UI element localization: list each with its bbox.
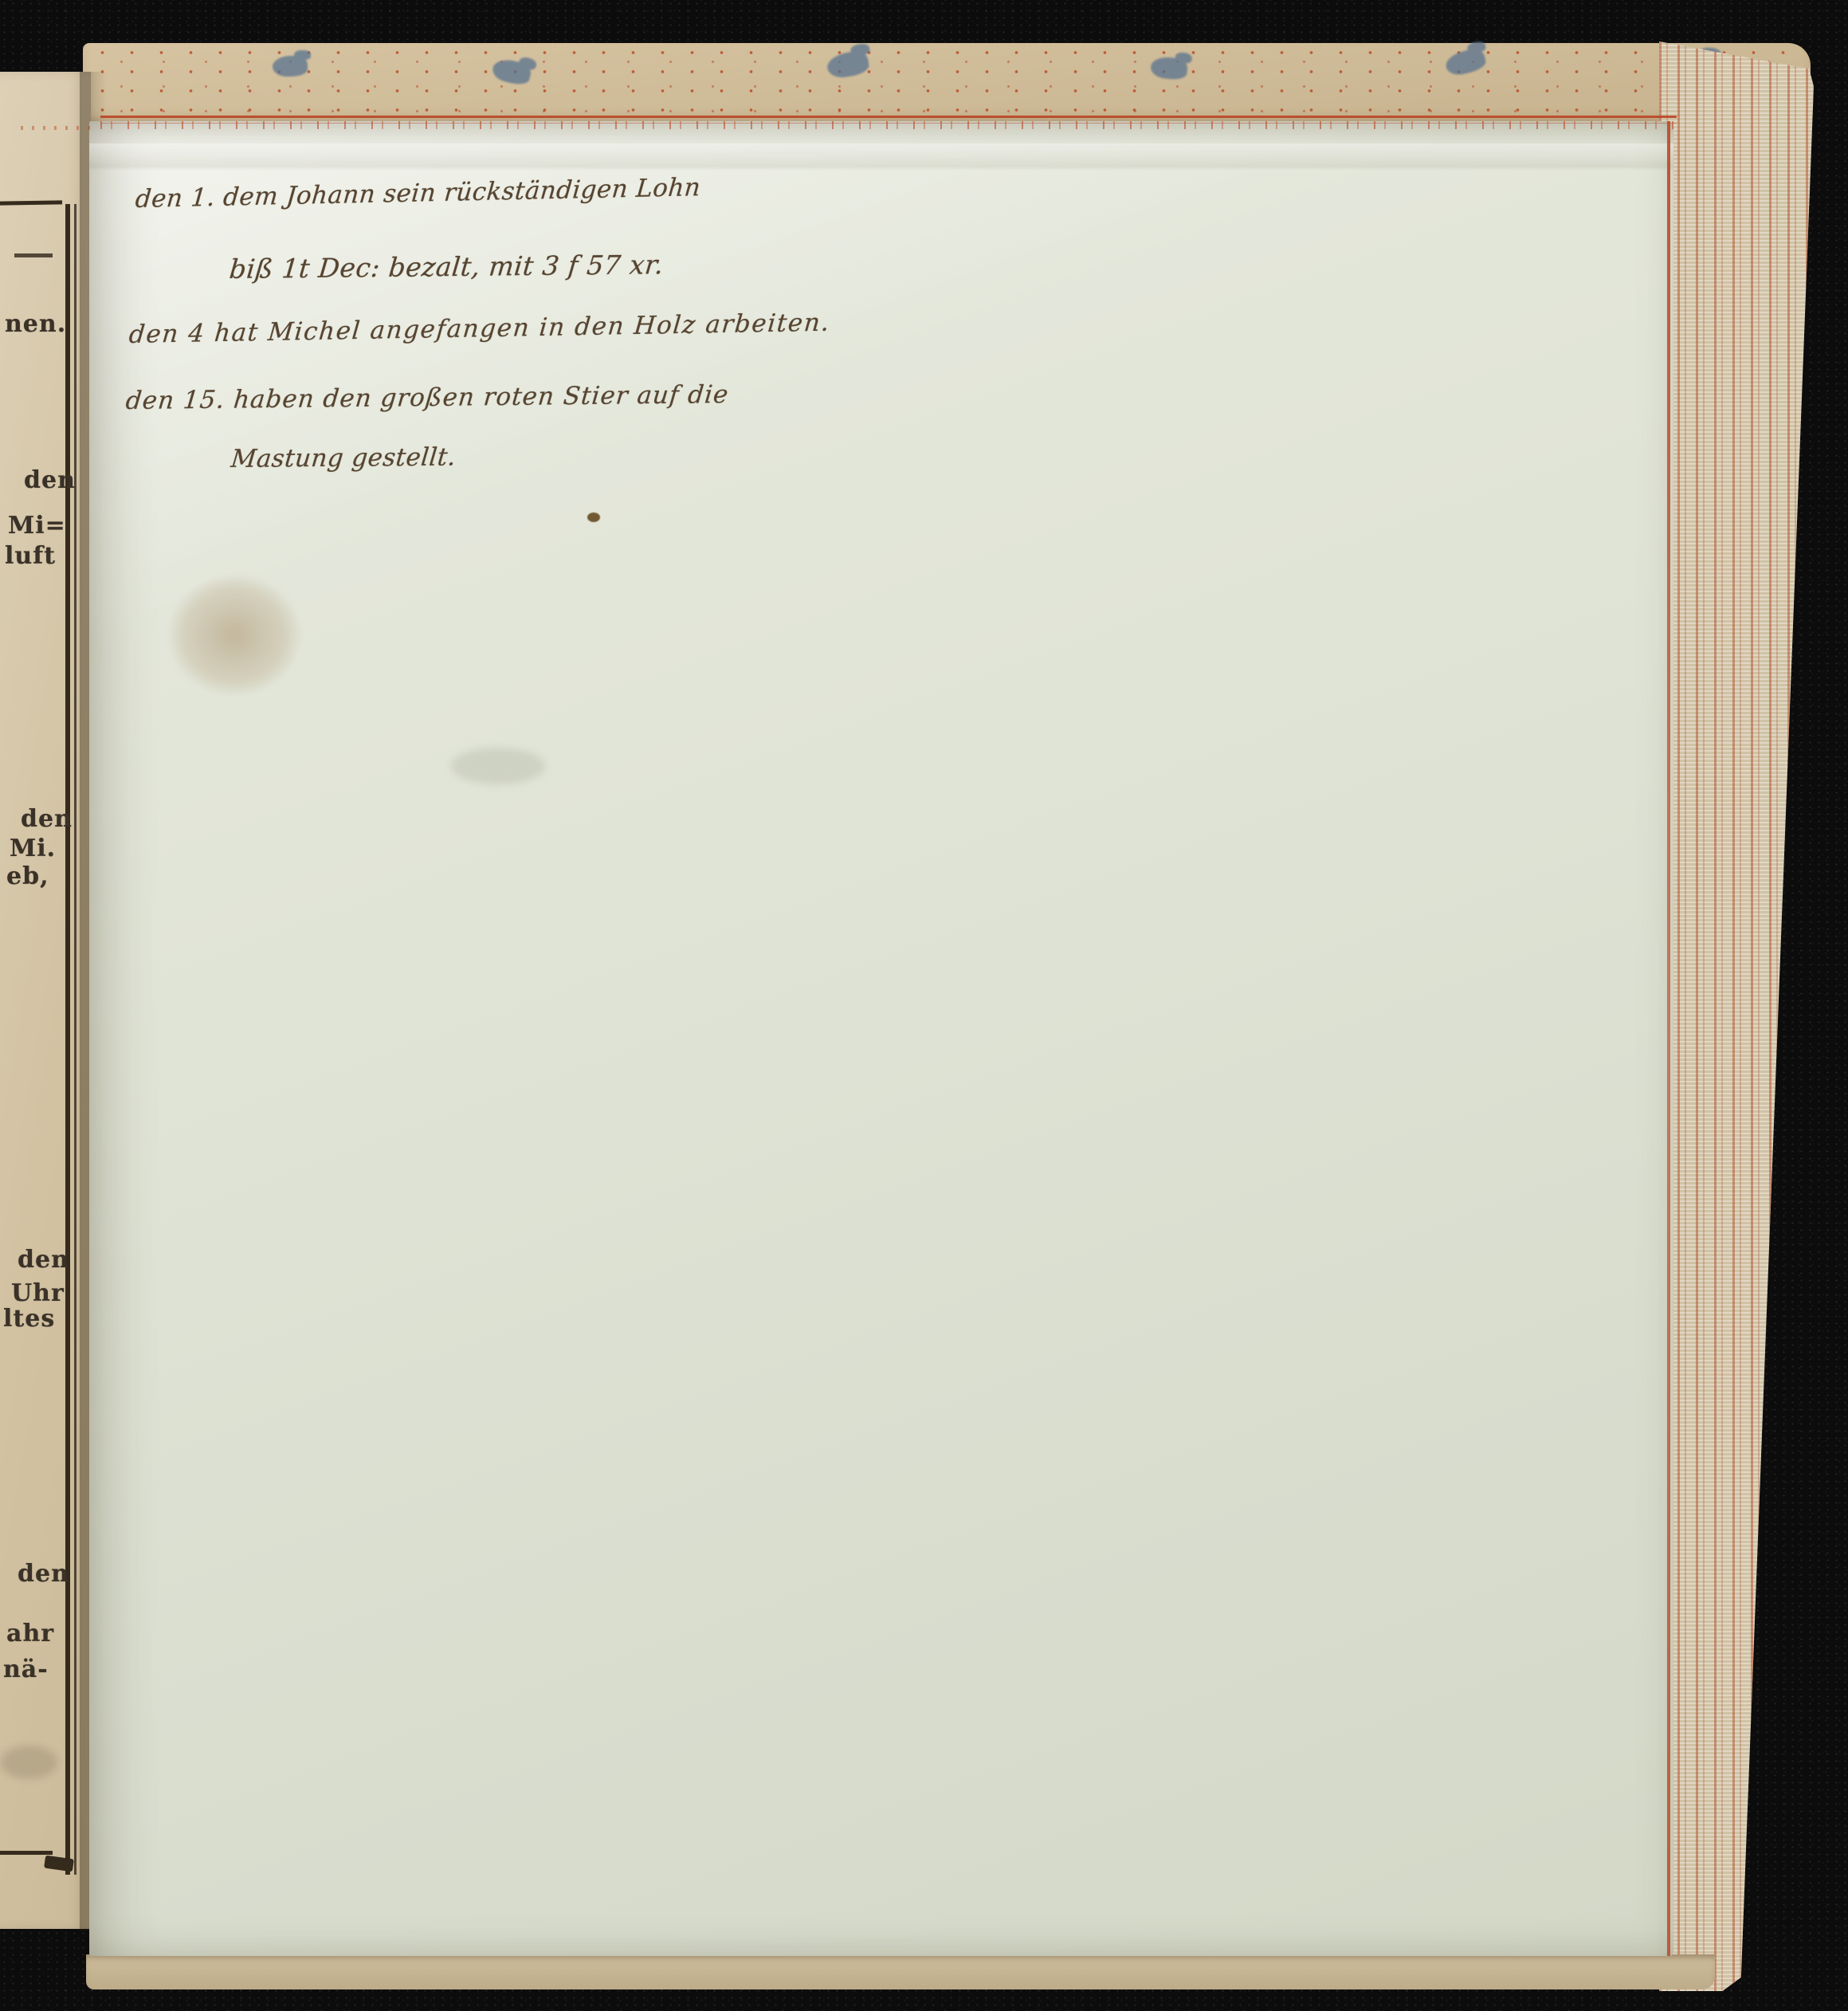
blue-pigment-mark-icon [1443,47,1487,78]
print-frame-vertical-rule [65,204,70,1875]
handwriting-line: biß 1t Dec: bezalt, mit 3 f 57 xr. [228,249,665,285]
top-edge-strip [83,43,1811,123]
ink-stain [451,748,545,784]
blue-pigment-mark-icon [826,49,870,80]
print-frame-bottom-rule [0,1851,53,1855]
print-fragment: Mi. [10,837,56,861]
faded-print-smudge [0,1746,57,1779]
print-fragment: nen. [5,312,66,336]
print-fragment: nä- [3,1658,49,1682]
fore-edge [1659,41,1814,1991]
blue-pigment-mark-icon [490,57,532,88]
print-frame-top-rule [0,200,62,205]
bottom-edge [86,1954,1715,1989]
red-fore-edge-rule [1667,121,1670,1956]
red-edge-dashes-left [21,126,97,130]
print-fragment: luft [5,544,56,568]
blue-pigment-mark-icon [273,56,308,77]
print-fragment: ahr [6,1622,54,1646]
print-frame-vertical-rule-outer [74,204,77,1875]
print-fragment: den [24,469,76,493]
print-fragment: Mi= [8,514,66,538]
ink-stain [587,513,600,522]
printed-page-strip: nen. den Mi= luft den Mi. eb, den Uhr lt… [0,72,91,1929]
print-fragment: den [18,1248,69,1272]
book-scan-scene: nen. den Mi= luft den Mi. eb, den Uhr lt… [0,0,1848,2011]
ink-stain [169,575,300,695]
print-fragment: den [21,807,73,831]
print-fragment: ltes [3,1307,55,1331]
print-fragment: Uhr [11,1282,65,1306]
print-fragment: eb, [6,865,49,889]
print-frame-dash-rule [14,253,53,257]
print-fragment: den [18,1562,69,1586]
handwriting-line: Mastung gestellt. [230,443,457,473]
red-edge-drips [100,121,1677,129]
blue-pigment-mark-icon [1150,55,1189,81]
